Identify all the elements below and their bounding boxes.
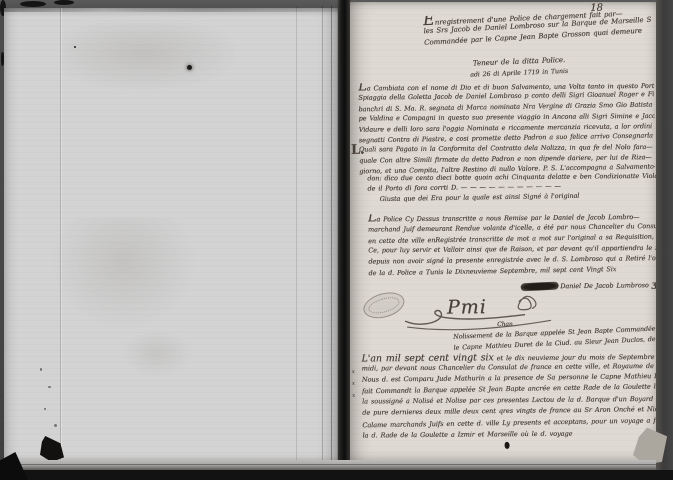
margin-letter: L.	[351, 143, 365, 158]
page-fold-line	[60, 8, 61, 463]
act-body-lines: midi, par devant nous Chancelier du Cons…	[362, 361, 656, 442]
ink-speck	[187, 65, 192, 70]
ink-blot	[520, 282, 558, 292]
manuscript-content: 18 Enregistrement d'une Police de charge…	[350, 2, 656, 463]
registration-header: Enregistrement d'une Police de chargemen…	[423, 5, 652, 49]
scanner-edge-blob	[54, 0, 74, 5]
verso-blank-page	[4, 8, 338, 463]
scan-right-edge	[656, 0, 673, 480]
registration-clause: La Police Cy Dessus transcritte a nous R…	[368, 211, 656, 279]
ink-speck	[74, 46, 76, 48]
ink-drop	[505, 442, 510, 449]
scan-bottom-edge	[0, 470, 673, 480]
police-title: Teneur de la ditta Police.	[444, 54, 594, 69]
signature-subscript: Chan	[497, 321, 513, 328]
manuscript-line: x	[352, 393, 355, 405]
countersignature: Daniel De Jacob Lumbroso ʒ	[501, 280, 656, 292]
manuscript-line: la d. Rade de la Goulette a Izmir et Mar…	[362, 428, 656, 442]
ink-speck	[44, 408, 46, 410]
nolissement-act: L'an mil sept cent vingt six et le dix n…	[361, 350, 656, 442]
page-edge-line	[331, 6, 332, 464]
police-body-italian: La Cambiata con el nome di Dio et di buo…	[358, 80, 655, 177]
act-line-rest: et le dix neuvieme jour du mois de Septe…	[494, 353, 656, 363]
ink-bleedthrough	[122, 330, 192, 376]
ink-speck	[54, 424, 57, 427]
ink-bleedthrough	[54, 218, 194, 328]
ink-speck	[48, 386, 51, 388]
scanner-edge-blob	[20, 1, 46, 7]
manuscript-line: x	[352, 381, 355, 393]
book-gutter	[337, 0, 351, 472]
police-dateline: adi 26 di Aprile 1719 in Tunis	[452, 67, 586, 79]
page-edge-line	[296, 6, 297, 464]
signature-name: Pmi	[447, 296, 487, 318]
page-edge-line	[322, 6, 323, 464]
manuscript-scan: 18 Enregistrement d'une Police de charge…	[0, 0, 673, 480]
paper-texture	[4, 8, 338, 463]
ink-bleedthrough	[62, 22, 242, 92]
countersign-name: Daniel De Jacob Lumbroso	[560, 281, 649, 290]
margin-check-marks: xxx	[352, 369, 355, 405]
police-closing: don: dico due cento dieci botte quoin ac…	[367, 171, 656, 205]
ink-speck	[40, 368, 42, 371]
manuscript-line: x	[352, 369, 355, 381]
recto-manuscript-page: 18 Enregistrement d'une Police de charge…	[350, 2, 656, 463]
